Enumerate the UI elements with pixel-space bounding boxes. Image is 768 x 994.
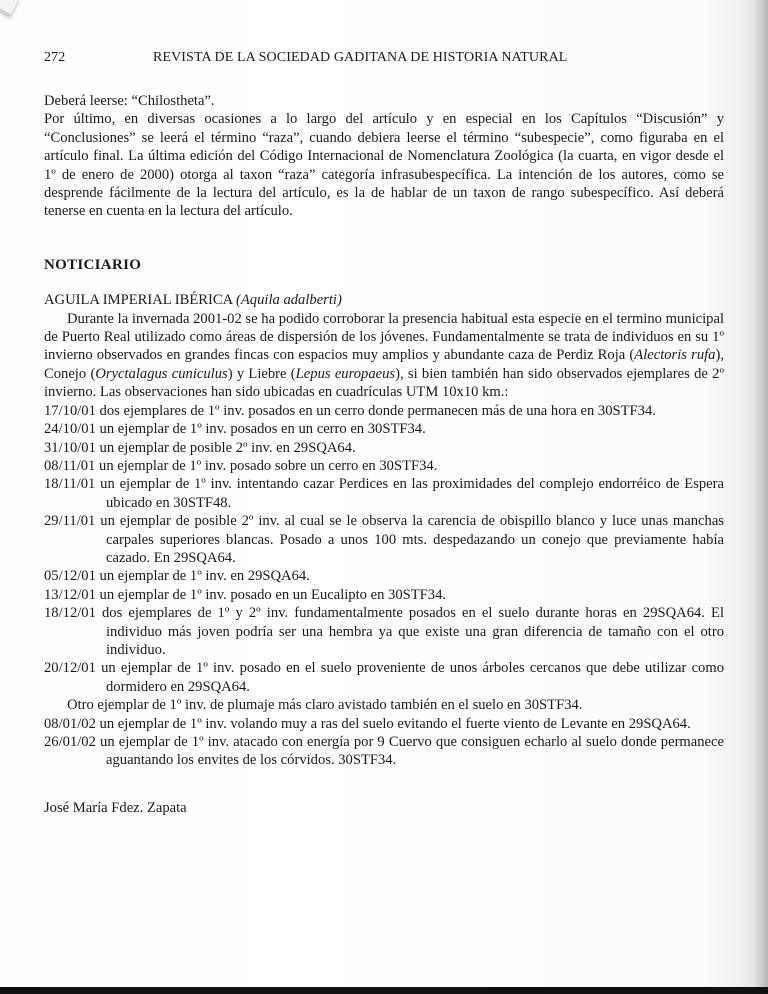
observation-date: 18/11/01 bbox=[44, 475, 95, 493]
observation-text: un ejemplar de 1º inv. posado sobre un c… bbox=[99, 458, 437, 474]
observation-list: 17/10/01 dos ejemplares de 1º inv. posad… bbox=[44, 402, 724, 770]
observation-date: 08/01/02 bbox=[44, 715, 96, 733]
observation-text: un ejemplar de 1º inv. posado en un Euca… bbox=[100, 587, 446, 603]
extra-observation-note: Otro ejemplar de 1º inv. de plumaje más … bbox=[44, 696, 724, 714]
observation-date: 05/12/01 bbox=[44, 567, 96, 585]
section-heading: NOTICIARIO bbox=[44, 256, 724, 274]
observation-date: 13/12/01 bbox=[44, 586, 96, 604]
observation-entry: 20/12/01 un ejemplar de 1º inv. posado e… bbox=[44, 659, 724, 696]
observation-text: un ejemplar de 1º inv. posado en el suel… bbox=[101, 660, 724, 694]
observation-entry: 29/11/01 un ejemplar de posible 2º inv. … bbox=[44, 512, 724, 567]
species-scientific-name: (Aquila adalberti) bbox=[236, 292, 342, 308]
species-oryctolagus: Oryctalagus cuniculus bbox=[95, 366, 227, 382]
observation-date: 08/11/01 bbox=[44, 457, 95, 475]
observation-text: un ejemplar de 1º inv. atacado con energ… bbox=[100, 734, 724, 768]
species-title: AGUILA IMPERIAL IBÉRICA (Aquila adalbert… bbox=[44, 291, 724, 309]
page-edge-shadow bbox=[754, 0, 768, 994]
author-signature: José María Fdez. Zapata bbox=[44, 799, 724, 817]
observation-text: un ejemplar de 1º inv. en 29SQA64. bbox=[100, 568, 310, 584]
observation-entry: 08/11/01 un ejemplar de 1º inv. posado s… bbox=[44, 457, 724, 475]
observation-entry: 08/01/02 un ejemplar de 1º inv. volando … bbox=[44, 715, 724, 733]
observation-text: dos ejemplares de 1º y 2º inv. fundament… bbox=[102, 605, 724, 658]
page-corner-fold bbox=[0, 0, 19, 16]
errata-paragraph: Por último, en diversas ocasiones a lo l… bbox=[44, 110, 724, 220]
observation-entry: 18/11/01 un ejemplar de 1º inv. intentan… bbox=[44, 475, 724, 512]
observation-date: 18/12/01 bbox=[44, 604, 96, 622]
observation-date: 17/10/01 bbox=[44, 402, 96, 420]
errata-correction-line: Deberá leerse: “Chilostheta”. bbox=[44, 92, 724, 110]
observation-date: 24/10/01 bbox=[44, 420, 96, 438]
observation-entry: 13/12/01 un ejemplar de 1º inv. posado e… bbox=[44, 586, 724, 604]
journal-title: REVISTA DE LA SOCIEDAD GADITANA DE HISTO… bbox=[153, 50, 567, 66]
observation-entry: 31/10/01 un ejemplar de posible 2º inv. … bbox=[44, 439, 724, 457]
observation-entry: 18/12/01 dos ejemplares de 1º y 2º inv. … bbox=[44, 604, 724, 659]
species-alectoris: Alectoris rufa bbox=[634, 347, 715, 363]
observation-text: un ejemplar de 1º inv. posados en un cer… bbox=[100, 421, 426, 437]
observation-entry: 24/10/01 un ejemplar de 1º inv. posados … bbox=[44, 420, 724, 438]
observation-date: 31/10/01 bbox=[44, 439, 96, 457]
errata-block: Deberá leerse: “Chilostheta”. Por último… bbox=[44, 92, 724, 221]
page-body: Deberá leerse: “Chilostheta”. Por último… bbox=[44, 92, 724, 817]
observation-text: dos ejemplares de 1º inv. posados en un … bbox=[100, 403, 656, 419]
observation-text: un ejemplar de posible 2º inv. en 29SQA6… bbox=[100, 440, 356, 456]
observation-text: un ejemplar de 1º inv. volando muy a ras… bbox=[100, 716, 691, 732]
page-number: 272 bbox=[44, 50, 65, 66]
scan-bottom-edge bbox=[0, 987, 768, 994]
observation-text: un ejemplar de 1º inv. intentando cazar … bbox=[100, 476, 724, 510]
species-lepus: Lepus europaeus bbox=[296, 366, 395, 382]
intro-paragraph: Durante la invernada 2001-02 se ha podid… bbox=[44, 310, 724, 402]
observation-date: 29/11/01 bbox=[44, 512, 95, 530]
species-common-name: AGUILA IMPERIAL IBÉRICA bbox=[44, 292, 232, 308]
observation-entry: 17/10/01 dos ejemplares de 1º inv. posad… bbox=[44, 402, 724, 420]
observation-entry: 05/12/01 un ejemplar de 1º inv. en 29SQA… bbox=[44, 567, 724, 585]
observation-text: un ejemplar de posible 2º inv. al cual s… bbox=[100, 513, 724, 566]
intro-text-3: ) y Liebre ( bbox=[228, 366, 296, 382]
scanned-page: 272 REVISTA DE LA SOCIEDAD GADITANA DE H… bbox=[0, 0, 768, 994]
observation-entry: 26/01/02 un ejemplar de 1º inv. atacado … bbox=[44, 733, 724, 770]
observation-date: 26/01/02 bbox=[44, 733, 96, 751]
observation-date: 20/12/01 bbox=[44, 659, 96, 677]
intro-text-1: Durante la invernada 2001-02 se ha podid… bbox=[44, 311, 724, 364]
